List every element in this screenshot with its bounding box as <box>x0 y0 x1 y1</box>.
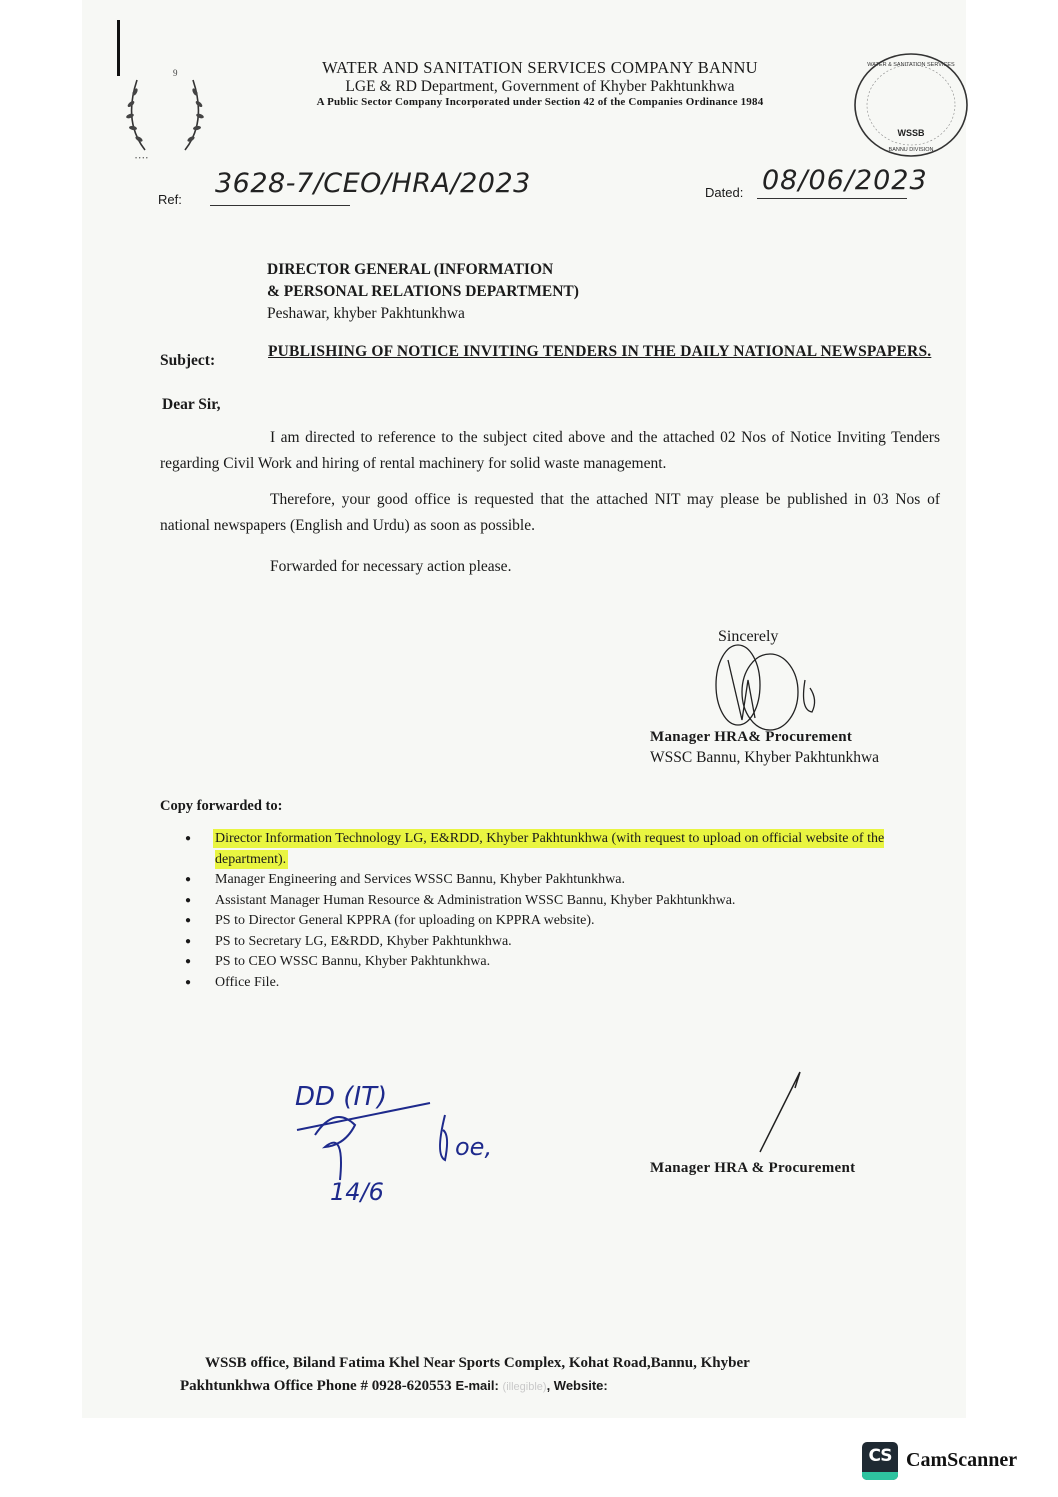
copy-forwarded-list: ●Director Information Technology LG, E&R… <box>185 829 925 993</box>
subject-text: PUBLISHING OF NOTICE INVITING TENDERS IN… <box>268 341 948 363</box>
copy-recipient: ●PS to CEO WSSC Bannu, Khyber Pakhtunkhw… <box>185 952 925 973</box>
ref-underline <box>210 205 350 206</box>
footer-email-value: (illegible) <box>503 1381 547 1393</box>
camscanner-name: CamScanner <box>906 1449 1017 1472</box>
ref-number: 3628-7/CEO/HRA/2023 <box>215 168 531 199</box>
bullet-icon: ● <box>185 932 191 953</box>
copy-recipient: ●Office File. <box>185 973 925 994</box>
body-paragraph: I am directed to reference to the subjec… <box>160 425 940 477</box>
date-value: 08/06/2023 <box>762 165 928 196</box>
department-line: LGE & RD Department, Government of Khybe… <box>190 78 890 96</box>
bullet-icon: ● <box>185 973 191 994</box>
footer-website-label: , Website: <box>547 1378 608 1393</box>
bullet-icon: ● <box>185 952 191 973</box>
incorporation-line: A Public Sector Company Incorporated und… <box>190 96 890 108</box>
camscanner-logo-icon: CS <box>862 1442 898 1480</box>
copy-recipient-text: Manager Engineering and Services WSSC Ba… <box>215 872 625 887</box>
copy-recipient: ●PS to Secretary LG, E&RDD, Khyber Pakht… <box>185 932 925 953</box>
copy-recipient-text: PS to CEO WSSC Bannu, Khyber Pakhtunkhwa… <box>215 954 490 969</box>
scanned-page <box>82 0 966 1418</box>
bullet-icon: ● <box>185 911 191 932</box>
copy-recipient: ●PS to Director General KPPRA (for uploa… <box>185 911 925 932</box>
svg-text:14/6: 14/6 <box>330 1178 384 1205</box>
body-paragraph: Forwarded for necessary action please. <box>160 554 940 580</box>
svg-text:9: 9 <box>173 68 178 78</box>
signatory-organization: WSSC Bannu, Khyber Pakhtunkhwa <box>650 749 879 767</box>
svg-text:WSSB: WSSB <box>898 128 926 138</box>
footer-email-label: E-mail: <box>455 1378 498 1393</box>
bullet-icon: ● <box>185 891 191 912</box>
footer-phone: Pakhtunkhwa Office Phone # 0928-620553 <box>180 1378 452 1394</box>
copy-recipient-text: Assistant Manager Human Resource & Admin… <box>215 893 735 908</box>
second-signatory-title: Manager HRA & Procurement <box>650 1160 855 1177</box>
copy-recipient: ●Assistant Manager Human Resource & Admi… <box>185 891 925 912</box>
svg-text:oe,: oe, <box>455 1133 492 1161</box>
copy-recipient-text: Director Information Technology LG, E&RD… <box>215 831 884 867</box>
copy-recipient: ●Director Information Technology LG, E&R… <box>185 829 925 870</box>
footer-address: WSSB office, Biland Fatima Khel Near Spo… <box>205 1355 925 1372</box>
copy-recipient-text: PS to Director General KPPRA (for upload… <box>215 913 595 928</box>
copy-forwarded-label: Copy forwarded to: <box>160 798 282 815</box>
addressee-line-2: & PERSONAL RELATIONS DEPARTMENT) <box>267 283 579 301</box>
bullet-icon: ● <box>185 870 191 891</box>
signature-stroke-icon <box>750 1070 810 1155</box>
svg-text:• • • •: • • • • <box>135 156 148 162</box>
footer-contact: Pakhtunkhwa Office Phone # 0928-620553 E… <box>180 1378 900 1395</box>
copy-recipient-text: PS to Secretary LG, E&RDD, Khyber Pakhtu… <box>215 934 512 949</box>
addressee-line-3: Peshawar, khyber Pakhtunkhwa <box>267 305 465 323</box>
date-label: Dated: <box>705 185 743 200</box>
copy-recipient: ●Manager Engineering and Services WSSC B… <box>185 870 925 891</box>
handwritten-annotation: DD (IT) oe, 14/6 <box>295 1075 535 1205</box>
bullet-icon: ● <box>185 829 191 850</box>
company-name: WATER AND SANITATION SERVICES COMPANY BA… <box>190 58 890 78</box>
subject-label: Subject: <box>160 352 215 370</box>
addressee-line-1: DIRECTOR GENERAL (INFORMATION <box>267 261 553 279</box>
body-paragraph: Therefore, your good office is requested… <box>160 487 940 539</box>
signatory-title: Manager HRA& Procurement <box>650 729 852 746</box>
salutation: Dear Sir, <box>162 396 221 414</box>
ref-label: Ref: <box>158 192 182 207</box>
date-underline <box>757 198 907 199</box>
signature-icon <box>700 640 830 735</box>
svg-text:BANNU DIVISION: BANNU DIVISION <box>889 147 934 153</box>
copy-recipient-text: Office File. <box>215 975 279 990</box>
svg-text:DD (IT): DD (IT) <box>295 1082 387 1112</box>
